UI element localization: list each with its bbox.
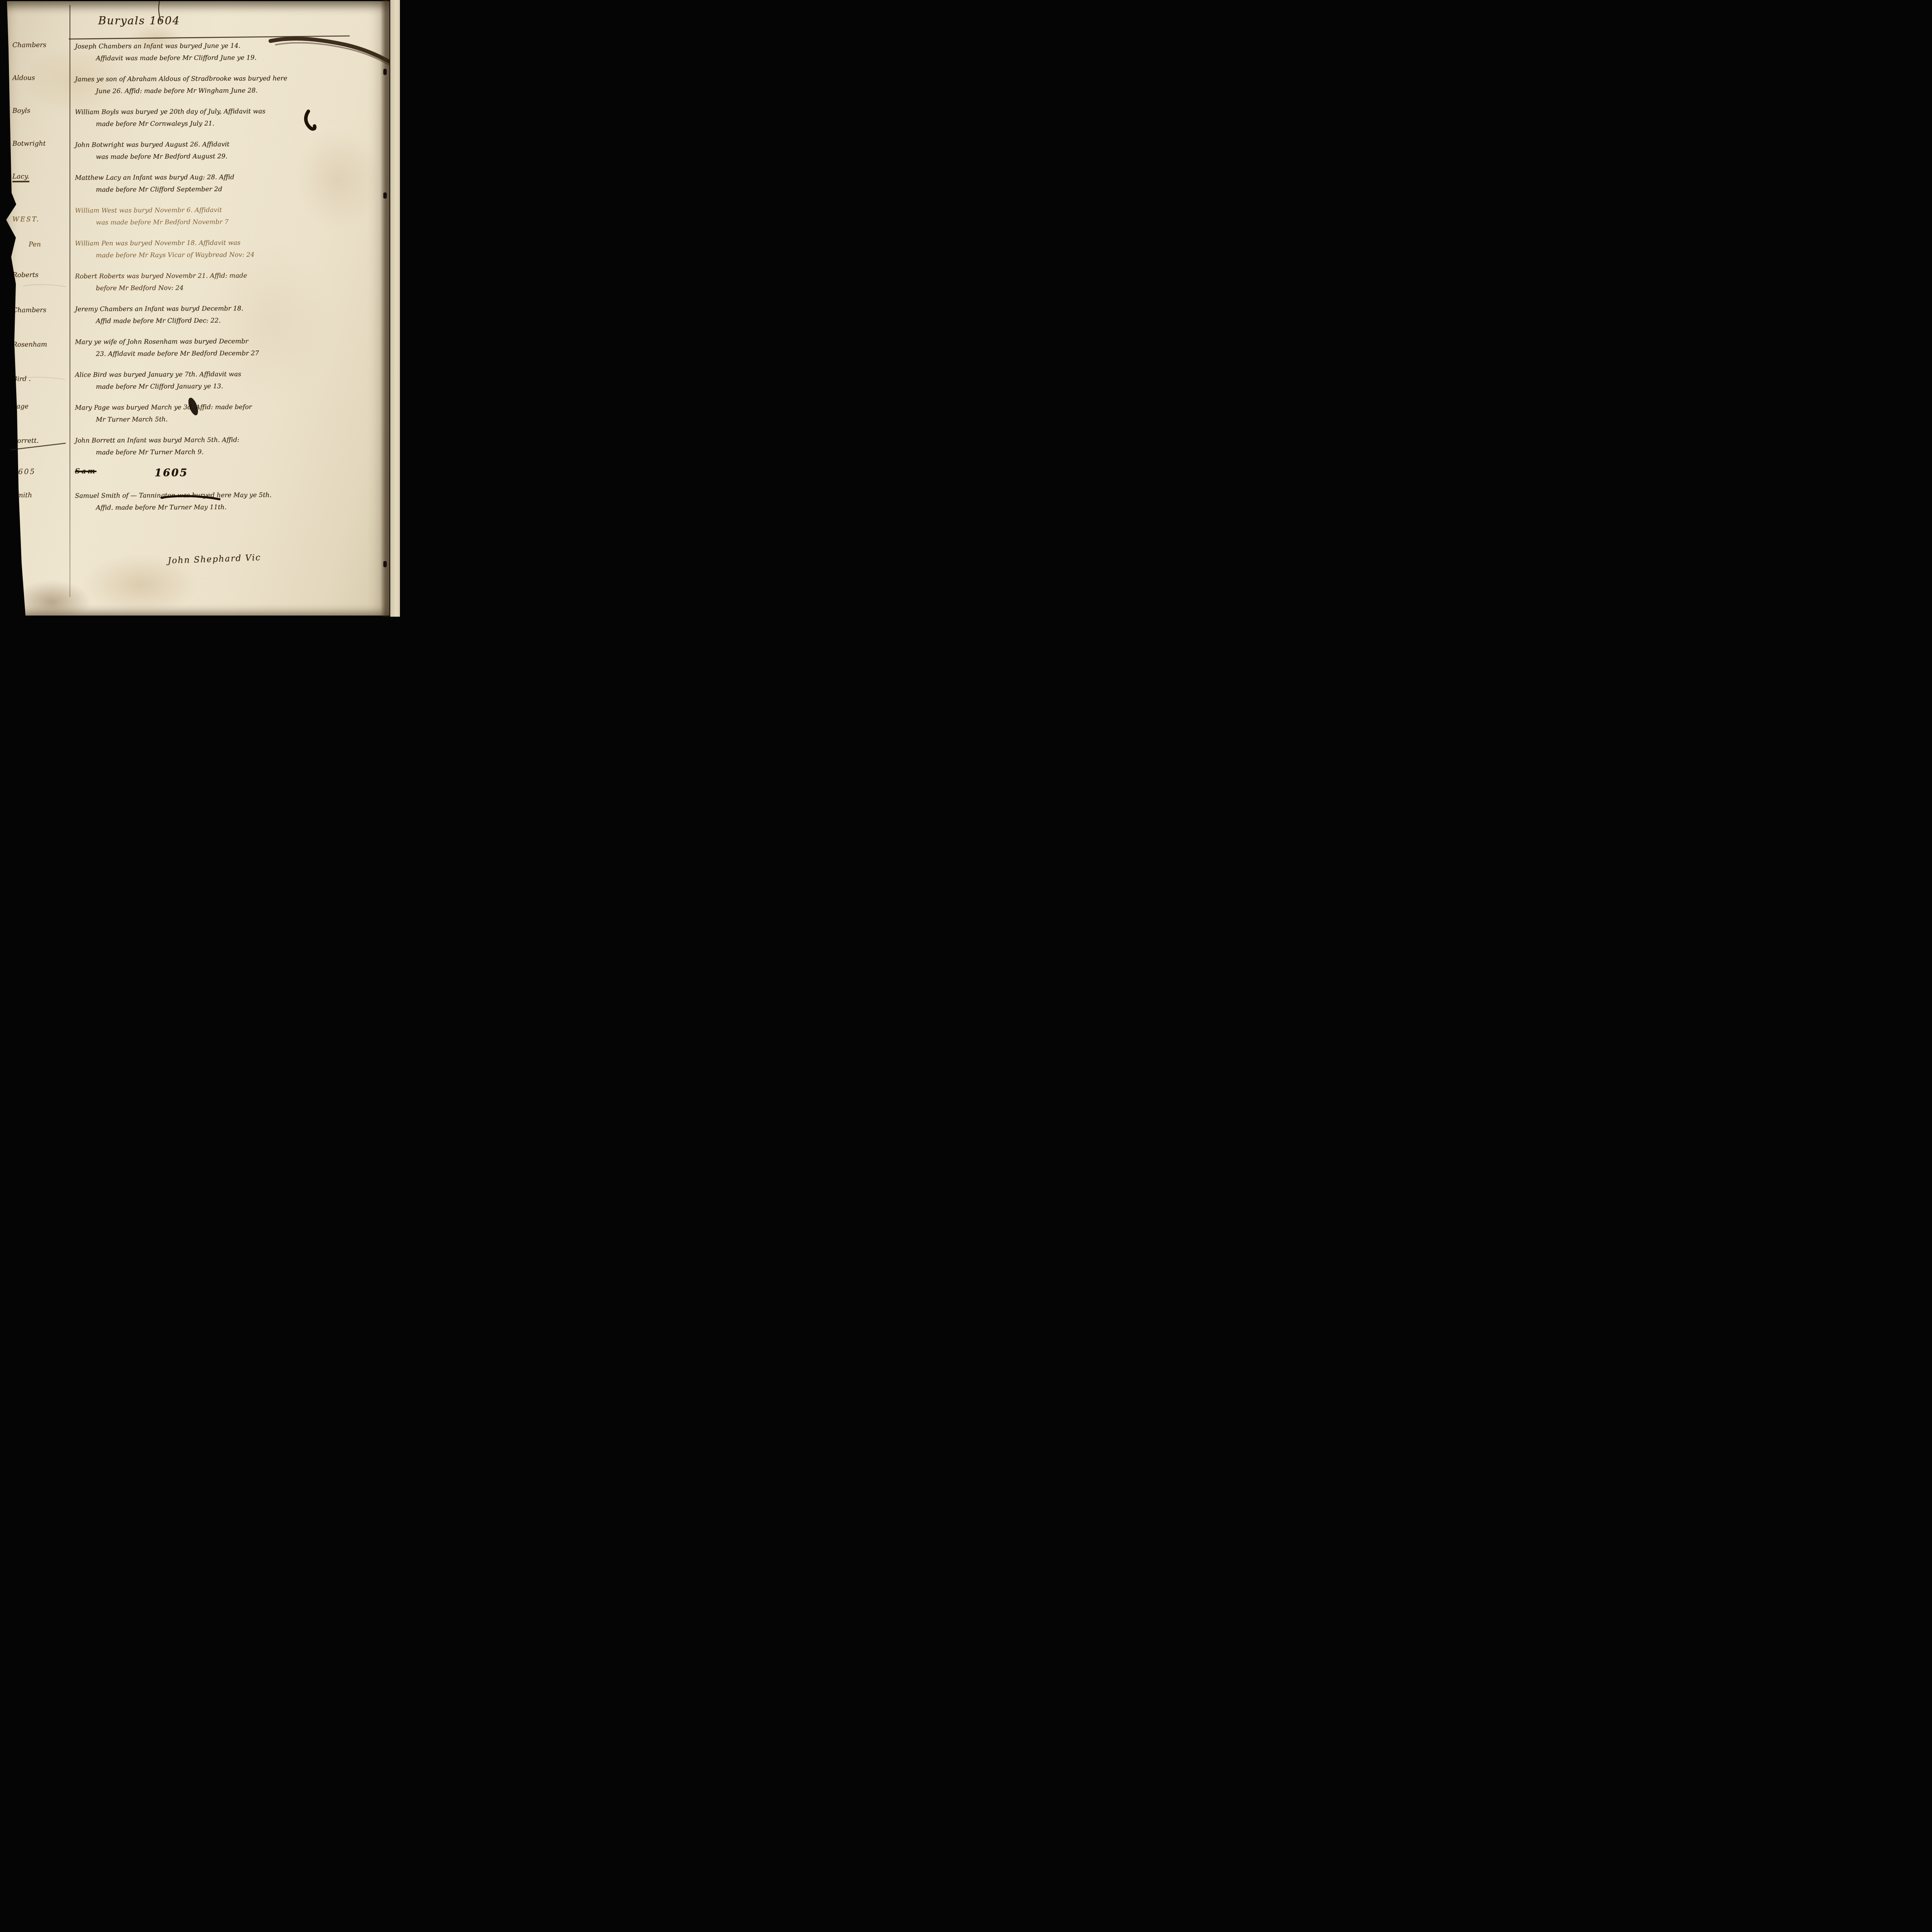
margin-column-cell: Aldous [2,73,70,98]
register-entry: WEST. William West was buryd Novembr 6. … [2,203,384,230]
entry-text-cell: Samuel Smith of — Tannington was buryed … [70,488,384,515]
margin-column-cell: Rosenham [2,336,70,361]
margin-surname: Page [12,402,29,410]
entry-text-cell: William Boyls was buryed ye 20th day of … [70,105,384,131]
register-entry: Boyls William Boyls was buryed ye 20th d… [2,105,384,131]
page-content: Buryals 1604 Chambers Joseph Chambers an… [2,1,389,27]
entry-line-1: Alice Bird was buryed January ye 7th. Af… [75,367,372,381]
margin-surname: Boyls [12,106,31,115]
year-heading: 1605 [155,467,188,479]
margin-surname: Lacy. [12,172,29,182]
entry-line-2: June 26. Affid: made before Mr Wingham J… [75,84,372,97]
margin-surname: Aldous [12,73,35,82]
margin-column-cell: Page [2,401,70,427]
entry-line-2: was made before Mr Bedford August 29. [75,150,372,163]
margin-surname: WEST. [12,205,40,223]
entry-line-1: John Botwright was buryed August 26. Aff… [75,138,372,151]
margin-column-cell: WEST. [2,204,70,230]
register-entry: Smith Samuel Smith of — Tannington was b… [2,488,384,515]
margin-surname: Rosenham [12,336,47,349]
book-gutter [380,0,390,617]
entry-line-1: James ye son of Abraham Aldous of Stradb… [75,72,372,85]
entry-text-cell: James ye son of Abraham Aldous of Stradb… [70,72,384,98]
page-title: Buryals 1604 [98,14,389,27]
paper-stain [13,581,90,617]
entry-text-cell: John Botwright was buryed August 26. Aff… [70,138,384,164]
entry-text-cell: Robert Roberts was buryed Novembr 21. Af… [70,269,384,295]
entries-list: Chambers Joseph Chambers an Infant was b… [2,40,384,522]
margin-column-cell: 1605 [2,467,70,485]
margin-column-cell: Pen [2,237,70,262]
entry-text-cell: Joseph Chambers an Infant was buryed Jun… [70,39,384,65]
register-entry: Chambers Joseph Chambers an Infant was b… [2,39,384,65]
margin-column-cell: Lacy. [2,172,70,197]
margin-column-cell: Botwright [2,139,70,164]
entry-line-2: Affid made before Mr Clifford Dec: 22. [75,314,372,327]
register-entry: Lacy. Matthew Lacy an Infant was buryd A… [2,170,384,197]
entry-line-2: was made before Mr Bedford Novembr 7 [75,215,372,228]
entry-line-1: William Pen was buryed Novembr 18. Affid… [75,236,372,249]
margin-column-cell: Bird . [2,369,70,394]
margin-column-cell: Roberts [2,270,70,295]
entry-text-cell: Mary ye wife of John Rosenham was buryed… [70,335,384,361]
burial-register-scan: Buryals 1604 Chambers Joseph Chambers an… [0,0,400,617]
margin-surname: Borrett. [12,435,39,445]
entry-line-2: made before Mr Rays Vicar of Waybread No… [75,248,372,261]
entry-text-cell: William West was buryd Novembr 6. Affida… [70,203,384,230]
binding-stitch [383,69,387,75]
entry-line-2: made before Mr Clifford September 2d [75,182,372,196]
margin-surname: Chambers [12,41,46,49]
register-page: Buryals 1604 Chambers Joseph Chambers an… [2,1,389,616]
binding-stitch [383,192,387,199]
margin-surname: Chambers [12,303,46,314]
entry-text-cell: John Borrett an Infant was buryd March 5… [70,433,384,459]
year-text-cell: Sam 1605 [70,466,384,485]
entry-line-1: Mary ye wife of John Rosenham was buryed… [75,335,372,348]
binding-stitch [383,561,387,567]
margin-column-cell: Chambers [2,303,70,328]
margin-surname: Bird . [12,369,31,383]
register-entry: Rosenham Mary ye wife of John Rosenham w… [2,335,384,361]
entry-line-2: made before Mr Clifford January ye 13. [75,379,372,393]
entry-line-1: Matthew Lacy an Infant was buryd Aug: 28… [75,170,372,184]
register-entry: Bird . Alice Bird was buryed January ye … [2,367,384,394]
margin-column-cell: Borrett. [2,434,70,459]
entry-line-1: John Borrett an Infant was buryd March 5… [75,433,372,446]
entry-text-cell: Alice Bird was buryed January ye 7th. Af… [70,367,384,394]
register-entry: Chambers Jeremy Chambers an Infant was b… [2,302,384,328]
entry-line-2: Mr Turner March 5th. [75,412,372,425]
register-entry: Aldous James ye son of Abraham Aldous of… [2,72,384,98]
margin-column-cell: Boyls [2,106,70,131]
register-entry: Botwright John Botwright was buryed Augu… [2,138,384,164]
entry-line-1: Samuel Smith of — Tannington was buryed … [75,488,372,502]
margin-surname: Smith [12,490,32,499]
entry-text-cell: Jeremy Chambers an Infant was buryd Dece… [70,302,384,328]
entry-line-2: before Mr Bedford Nov: 24 [75,281,372,294]
entry-line-1: Robert Roberts was buryed Novembr 21. Af… [75,269,372,282]
entry-line-2: 23. Affidavit made before Mr Bedford Dec… [75,347,372,360]
vicar-signature: John Shephard Vic [168,553,261,566]
margin-column-cell: Chambers [2,40,70,65]
entry-text-cell: Mary Page was buryed March ye 3d. Affid:… [70,400,384,427]
year-divider-row: 1605 Sam 1605 [2,466,384,485]
entry-text-cell: William Pen was buryed Novembr 18. Affid… [70,236,384,262]
entry-line-2: Affidavit was made before Mr Clifford Ju… [75,51,372,64]
entry-line-1: Jeremy Chambers an Infant was buryd Dece… [75,302,372,315]
register-entry: Page Mary Page was buryed March ye 3d. A… [2,400,384,427]
entry-line-2: made before Mr Cornwaleys July 21. [75,117,372,130]
struck-word: Sam [75,467,97,475]
margin-column-cell: Smith [2,490,70,515]
entry-text-cell: Matthew Lacy an Infant was buryd Aug: 28… [70,170,384,197]
entry-line-1: William West was buryd Novembr 6. Affida… [75,203,372,216]
margin-surname: Botwright [12,139,46,148]
entry-line-1: Joseph Chambers an Infant was buryed Jun… [75,39,372,52]
register-entry: Pen William Pen was buryed Novembr 18. A… [2,236,384,262]
facing-page-edge [390,0,400,617]
margin-year-label: 1605 [12,468,36,476]
entry-line-1: William Boyls was buryed ye 20th day of … [75,105,372,118]
margin-surname: Pen [12,238,41,248]
entry-line-1: Mary Page was buryed March ye 3d. Affid:… [75,400,372,413]
entry-line-2: made before Mr Turner March 9. [75,445,372,458]
register-entry: Roberts Robert Roberts was buryed Novemb… [2,269,384,295]
register-entry: Borrett. John Borrett an Infant was bury… [2,433,384,459]
margin-surname: Roberts [12,270,39,279]
entry-line-2: Affid. made before Mr Turner May 11th. [75,500,372,514]
